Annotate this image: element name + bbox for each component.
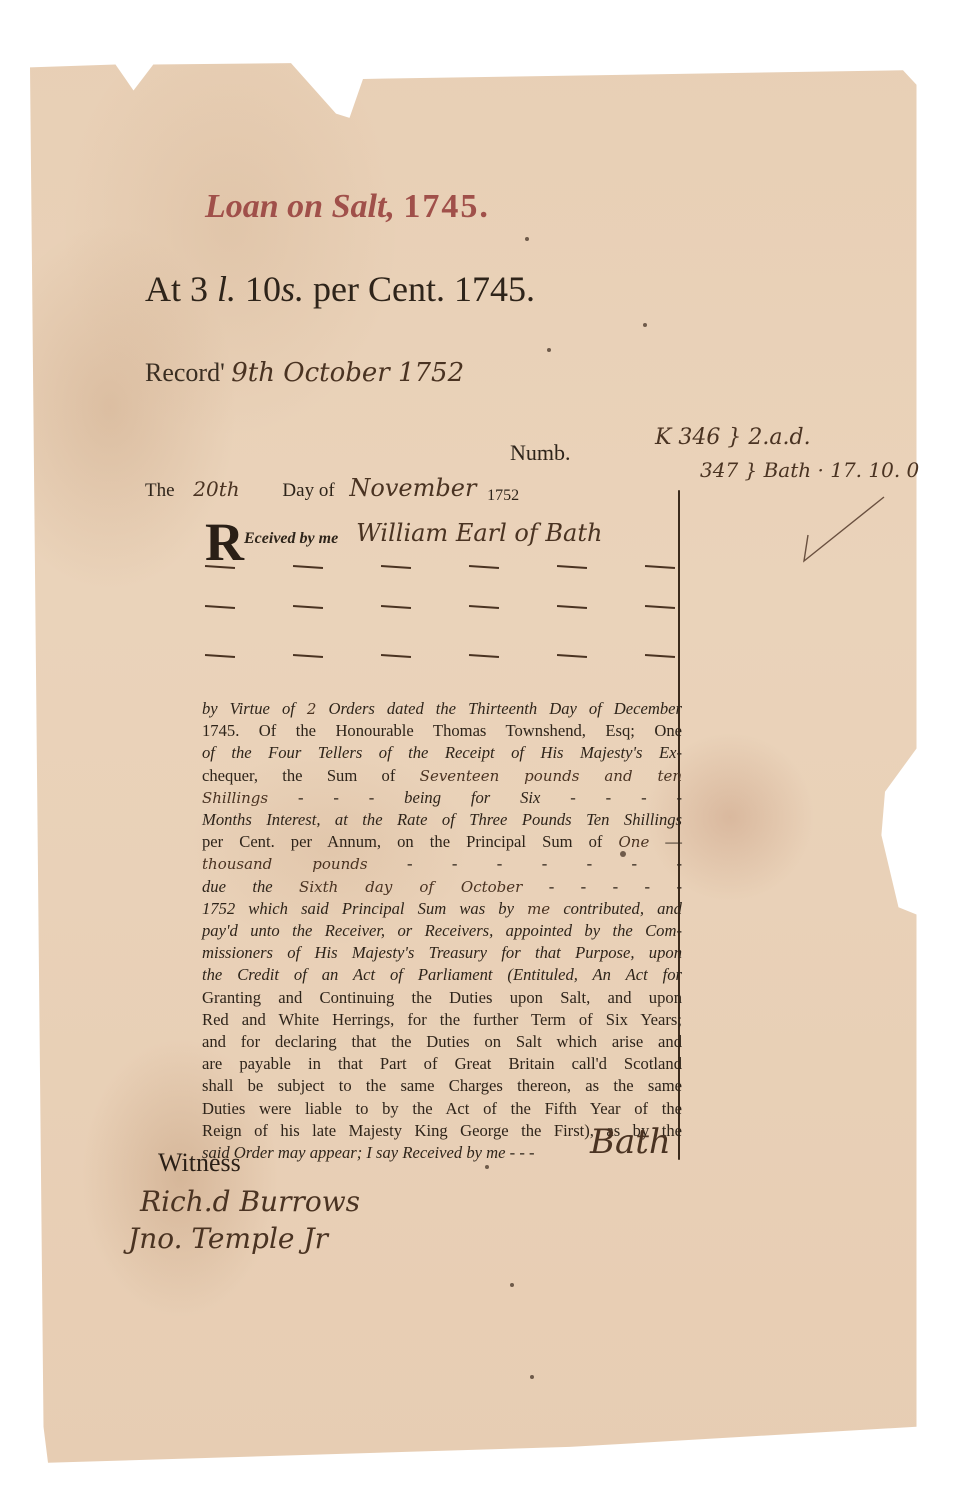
body-line: 1745. Of the Honourable Thomas Townshend… [202, 720, 682, 742]
body-line: pay'd unto the Receiver, or Receivers, a… [202, 920, 682, 942]
ink-speck [620, 851, 626, 857]
rate-shillings: 10 [245, 269, 281, 309]
number-handwritten-line1: K 346 } 2.a.d. [655, 425, 811, 450]
recorded-line: Record' 9th October 1752 [145, 358, 464, 388]
rate-pounds: At 3 [145, 269, 208, 309]
ink-speck [643, 323, 647, 327]
ink-speck [525, 237, 529, 241]
signature-bath: Bath [590, 1122, 671, 1162]
body-line: Months Interest, at the Rate of Three Po… [202, 809, 682, 831]
heading-year: 1745. [403, 188, 490, 225]
received-line: REceived by me William Earl of Bath [205, 515, 602, 569]
date-line: The 20th Day of November 1752 [145, 474, 519, 502]
body-line: and for declaring that the Duties on Sal… [202, 1031, 682, 1053]
body-line: thousand pounds - - - - - - - [202, 853, 682, 875]
body-line: by Virtue of 2 Orders dated the Thirteen… [202, 698, 682, 720]
body-line: Red and White Herrings, for the further … [202, 1009, 682, 1031]
body-line: shall be subject to the same Charges the… [202, 1075, 682, 1097]
number-handwritten-line2: 347 } Bath · 17. 10. 0 [700, 458, 919, 482]
month-handwritten: November [349, 474, 476, 502]
body-line: Shillings - - - being for Six - - - - [202, 787, 682, 809]
blank-line-2 [205, 606, 675, 608]
body-line: Granting and Continuing the Duties upon … [202, 987, 682, 1009]
received-printed: Eceived by me [244, 530, 338, 547]
recorded-date: 9th October 1752 [231, 358, 464, 388]
body-line: the Credit of an Act of Parliament (Enti… [202, 964, 682, 986]
body-line: due the Sixth day of October - - - - - [202, 876, 682, 898]
ink-speck [530, 1375, 534, 1379]
body-line: are payable in that Part of Great Britai… [202, 1053, 682, 1075]
body-line: 1752 which said Principal Sum was by me … [202, 898, 682, 920]
witness-signature-2: Jno. Temple Jr [128, 1222, 328, 1255]
heading-text: Loan on Salt, [205, 188, 395, 225]
day-handwritten: 20th [193, 477, 239, 501]
the-label: The [145, 480, 175, 501]
body-line: missioners of His Majesty's Treasury for… [202, 942, 682, 964]
rate-pounds-abbrev: l. [217, 269, 236, 309]
body-line: of the Four Tellers of the Receipt of Hi… [202, 742, 682, 764]
blank-line-3 [205, 655, 675, 657]
rate-suffix: per Cent. 1745. [313, 269, 535, 309]
rate-shillings-abbrev: s. [281, 269, 304, 309]
body-line: per Cent. per Annum, on the Principal Su… [202, 831, 682, 853]
day-of-label: Day of [282, 480, 334, 501]
body-line: chequer, the Sum of Seventeen pounds and… [202, 765, 682, 787]
document-heading: Loan on Salt, 1745. [205, 188, 490, 226]
dropcap-r: R [205, 512, 244, 572]
ink-speck [547, 348, 551, 352]
recorded-label: Record' [145, 358, 225, 387]
year: 1752 [487, 487, 519, 504]
interest-rate-line: At 3 l. 10s. per Cent. 1745. [145, 268, 535, 310]
body-line: Duties were liable to by the Act of the … [202, 1098, 682, 1120]
receipt-body: by Virtue of 2 Orders dated the Thirteen… [202, 698, 682, 1164]
blank-line-1 [205, 566, 675, 568]
received-name: William Earl of Bath [356, 519, 602, 547]
witness-signature-1: Rich.d Burrows [140, 1185, 360, 1218]
number-label: Numb. [510, 440, 571, 466]
ink-speck [510, 1283, 514, 1287]
checkmark-icon [800, 495, 890, 565]
ink-speck [485, 1165, 489, 1169]
witness-label: Witness [158, 1148, 241, 1178]
